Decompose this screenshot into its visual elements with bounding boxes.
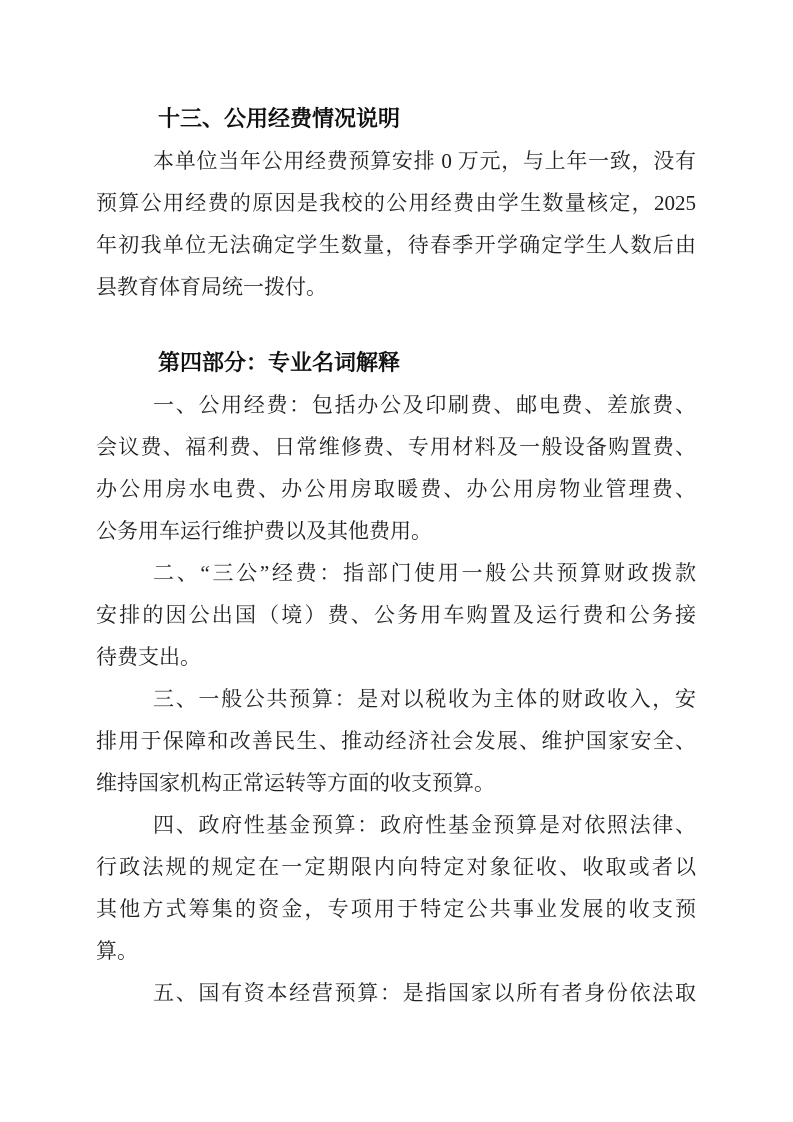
document-page: 十三、公用经费情况说明 本单位当年公用经费预算安排 0 万元，与上年一致，没有 …	[0, 0, 793, 1122]
paragraph-line: 算。	[96, 930, 696, 972]
paragraph-line: 办公用房水电费、办公用房取暖费、办公用房物业管理费、	[96, 468, 696, 510]
term-definition-three-public-expenses: 二、“三公”经费：指部门使用一般公共预算财政拨款 安排的因公出国（境）费、公务用…	[96, 552, 696, 678]
paragraph-line: 其他方式筹集的资金，专项用于特定公共事业发展的收支预	[96, 888, 696, 930]
term-definition-state-capital-budget: 五、国有资本经营预算：是指国家以所有者身份依法取	[96, 972, 696, 1014]
paragraph-line: 五、国有资本经营预算：是指国家以所有者身份依法取	[96, 972, 696, 1014]
term-definition-general-public-budget: 三、一般公共预算：是对以税收为主体的财政收入，安 排用于保障和改善民生、推动经济…	[96, 678, 696, 804]
paragraph-line: 四、政府性基金预算：政府性基金预算是对依照法律、	[96, 804, 696, 846]
section-13-paragraph: 本单位当年公用经费预算安排 0 万元，与上年一致，没有 预算公用经费的原因是我校…	[96, 140, 696, 308]
paragraph-line: 本单位当年公用经费预算安排 0 万元，与上年一致，没有	[96, 140, 696, 182]
paragraph-line: 安排的因公出国（境）费、公务用车购置及运行费和公务接	[96, 594, 696, 636]
paragraph-line: 一、公用经费：包括办公及印刷费、邮电费、差旅费、	[96, 384, 696, 426]
section-13-heading: 十三、公用经费情况说明	[96, 98, 696, 140]
paragraph-line: 二、“三公”经费：指部门使用一般公共预算财政拨款	[96, 552, 696, 594]
paragraph-line: 待费支出。	[96, 636, 696, 678]
paragraph-line: 排用于保障和改善民生、推动经济社会发展、维护国家安全、	[96, 720, 696, 762]
paragraph-line: 公务用车运行维护费以及其他费用。	[96, 510, 696, 552]
paragraph-line: 行政法规的规定在一定期限内向特定对象征收、收取或者以	[96, 846, 696, 888]
paragraph-line: 会议费、福利费、日常维修费、专用材料及一般设备购置费、	[96, 426, 696, 468]
term-definition-government-fund-budget: 四、政府性基金预算：政府性基金预算是对依照法律、 行政法规的规定在一定期限内向特…	[96, 804, 696, 972]
paragraph-line: 县教育体育局统一拨付。	[96, 266, 696, 308]
paragraph-line: 预算公用经费的原因是我校的公用经费由学生数量核定，2025	[96, 182, 696, 224]
paragraph-line: 年初我单位无法确定学生数量，待春季开学确定学生人数后由	[96, 224, 696, 266]
paragraph-line: 维持国家机构正常运转等方面的收支预算。	[96, 762, 696, 804]
term-definition-public-funds: 一、公用经费：包括办公及印刷费、邮电费、差旅费、 会议费、福利费、日常维修费、专…	[96, 384, 696, 552]
paragraph-line: 三、一般公共预算：是对以税收为主体的财政收入，安	[96, 678, 696, 720]
part-4-heading: 第四部分：专业名词解释	[96, 342, 696, 384]
